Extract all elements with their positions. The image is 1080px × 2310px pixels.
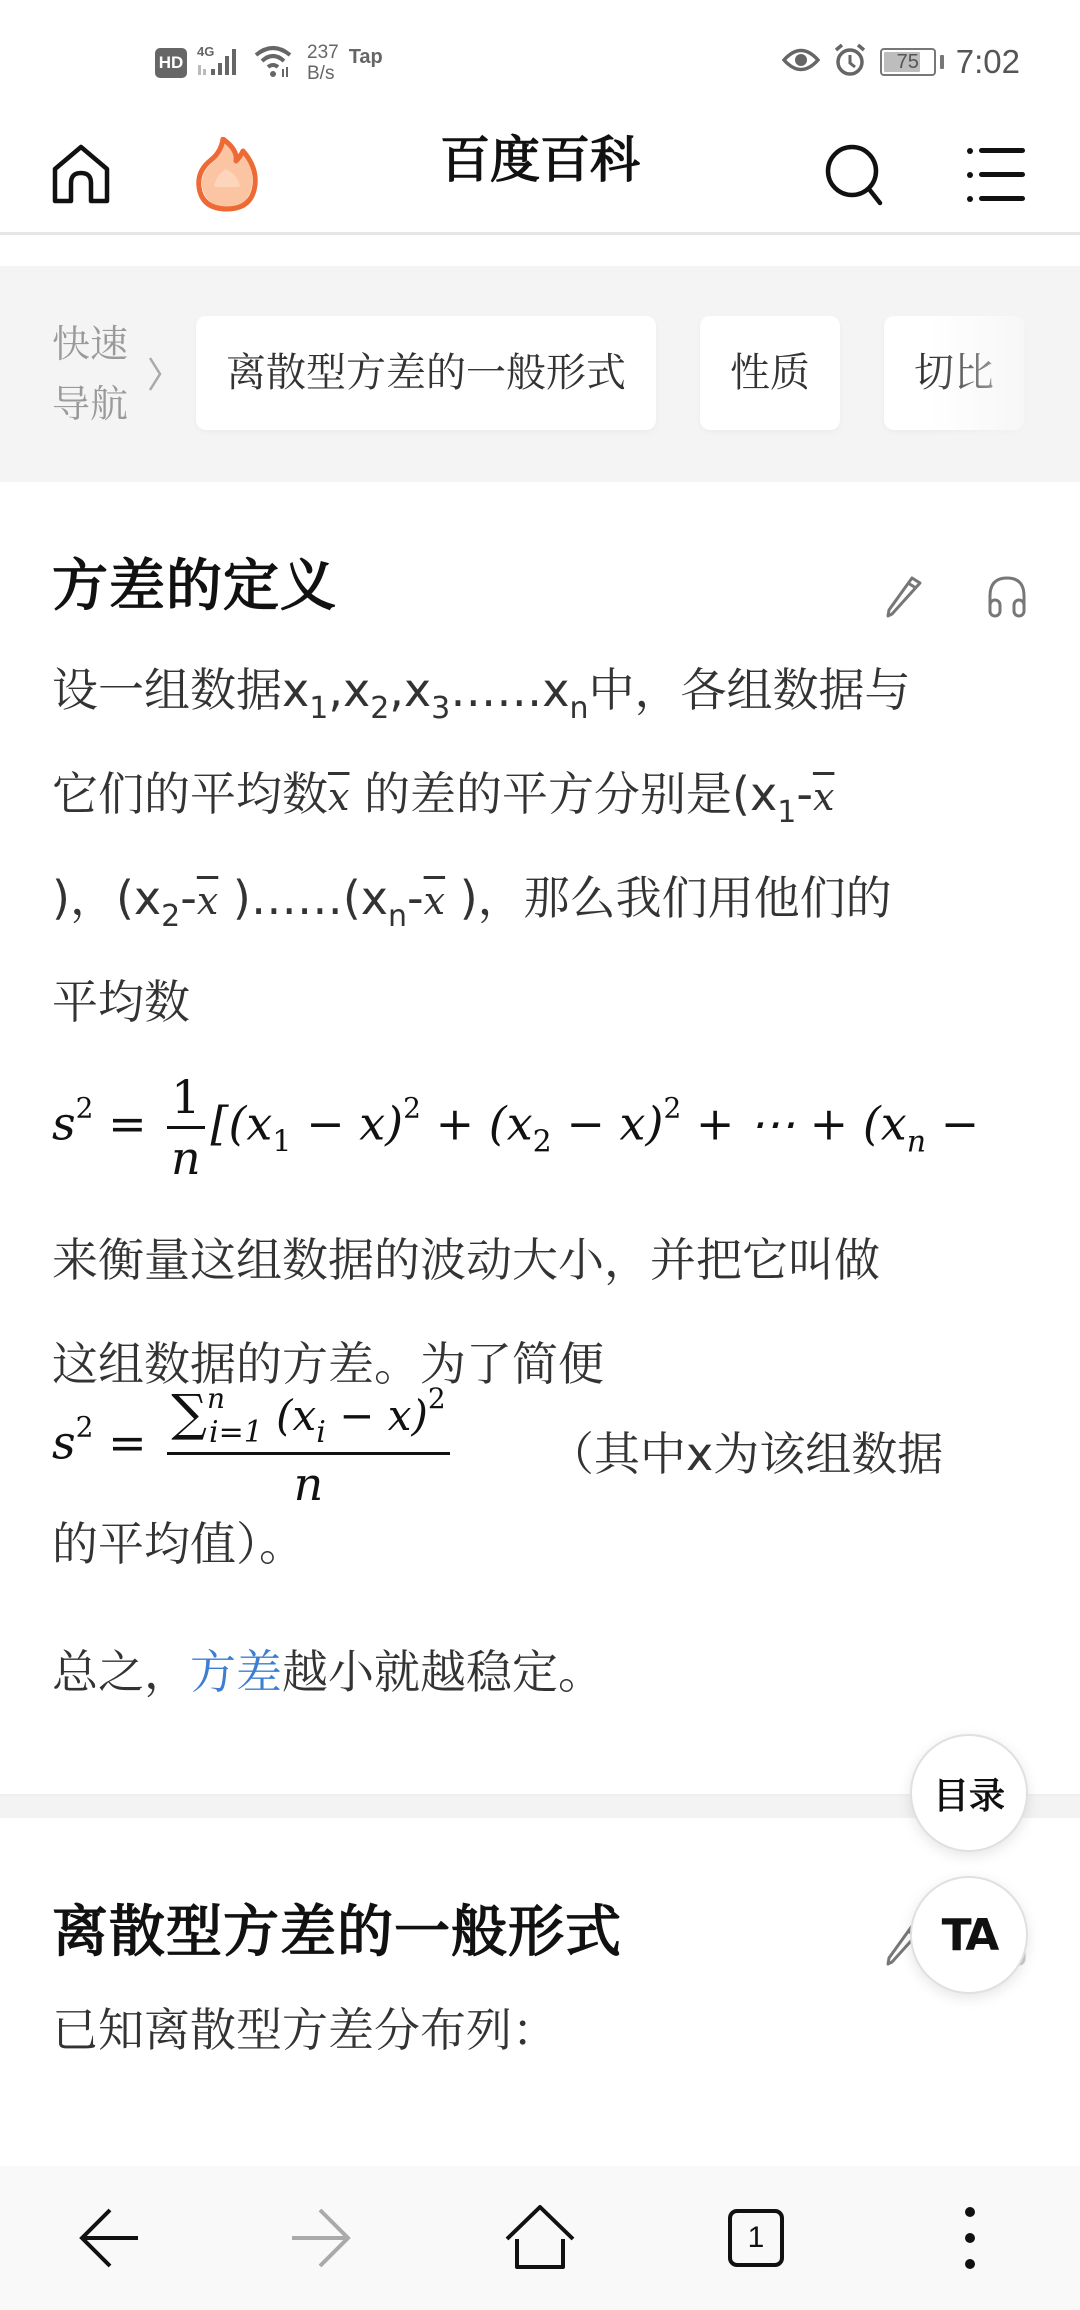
back-button[interactable] [58,2188,158,2288]
svg-text:4G: 4G [197,44,214,59]
status-right: 75 7:02 [782,38,1020,86]
page-title: 百度百科 [0,120,1080,232]
more-menu-button[interactable] [920,2188,1020,2288]
tabs-button[interactable]: 1 [706,2188,806,2288]
clock: 7:02 [956,43,1020,81]
home-nav-button[interactable] [490,2188,590,2288]
scroll-fade [930,266,1080,482]
signal-4g-icon: 4G [197,43,243,83]
status-bar: HD 4G 237 B/s Tap [0,0,1080,120]
paragraph-line: 来衡量这组数据的波动大小，并把它叫做 [52,1208,1028,1312]
home-button[interactable] [36,130,126,220]
home-icon [49,143,113,207]
summary-line: 总之，方差越小就越稳定。 [52,1620,1028,1724]
home-outline-icon [505,2205,575,2271]
variance-link[interactable]: 方差 [190,1645,282,1699]
alarm-icon [832,42,868,82]
hot-button[interactable] [182,130,272,220]
section-discrete-variance: 离散型方差的一般形式 已知离散型方差分布列： [0,1818,1080,2166]
ta-button[interactable]: TA [910,1876,1028,1994]
nav-chip-properties[interactable]: 性质 [700,316,840,430]
headphones-icon [986,574,1028,618]
paragraph-line: （其中x为该组数据 [548,1402,1028,1506]
status-left: HD 4G 237 B/s Tap [155,40,383,85]
tab-count-icon: 1 [728,2209,784,2267]
hot-flame-icon [194,137,260,213]
edit-button[interactable] [884,574,924,622]
edit-icon [884,574,924,618]
section-tools [884,574,1028,622]
arrow-right-icon [290,2206,354,2270]
variance-formula-expanded: s2 = 1n[(x1 − x)2 + (x2 − x)2 + ⋯ + (xn … [52,1070,979,1185]
menu-icon [967,147,1027,203]
quick-nav-label[interactable]: 快速 导航 [52,314,142,434]
app-header: 百度百科 [0,120,1080,235]
nav-chip-discrete-variance[interactable]: 离散型方差的一般形式 [196,316,656,430]
listen-button[interactable] [986,574,1028,622]
section-variance-definition: 方差的定义 设一组数据x1,x2,x3……xn中，各组数据与 它们的平均数x 的… [0,482,1080,1794]
network-speed: 237 B/s [307,42,339,84]
eye-comfort-icon [782,47,820,77]
quick-navigation: 快速 导航 离散型方差的一般形式 性质 切比 [0,266,1080,482]
more-vertical-icon [963,2206,977,2270]
table-of-contents-button[interactable]: 目录 [910,1734,1028,1852]
chevron-right-icon [146,354,164,394]
arrow-left-icon [76,2206,140,2270]
menu-button[interactable] [952,130,1042,220]
paragraph-line: 已知离散型方差分布列： [52,1978,1028,2082]
paragraph-line: 的平均值）。 [52,1492,1028,1596]
battery-level: 75 [882,50,934,74]
wifi-icon [253,43,297,83]
quick-nav-chips: 离散型方差的一般形式 性质 切比 [196,316,1024,430]
section-title: 方差的定义 [52,542,337,622]
battery-icon: 75 [880,48,936,76]
section-title: 离散型方差的一般形式 [52,1888,622,1968]
search-button[interactable] [810,130,900,220]
paragraph-line: 平均数 [52,950,1028,1054]
x-bar-symbol: x [328,775,349,819]
search-icon [823,143,887,207]
forward-button[interactable] [272,2188,372,2288]
hd-voice-icon: HD [155,48,187,78]
browser-bottom-bar: 1 [0,2166,1080,2310]
taptap-notification-icon: Tap [349,46,383,69]
